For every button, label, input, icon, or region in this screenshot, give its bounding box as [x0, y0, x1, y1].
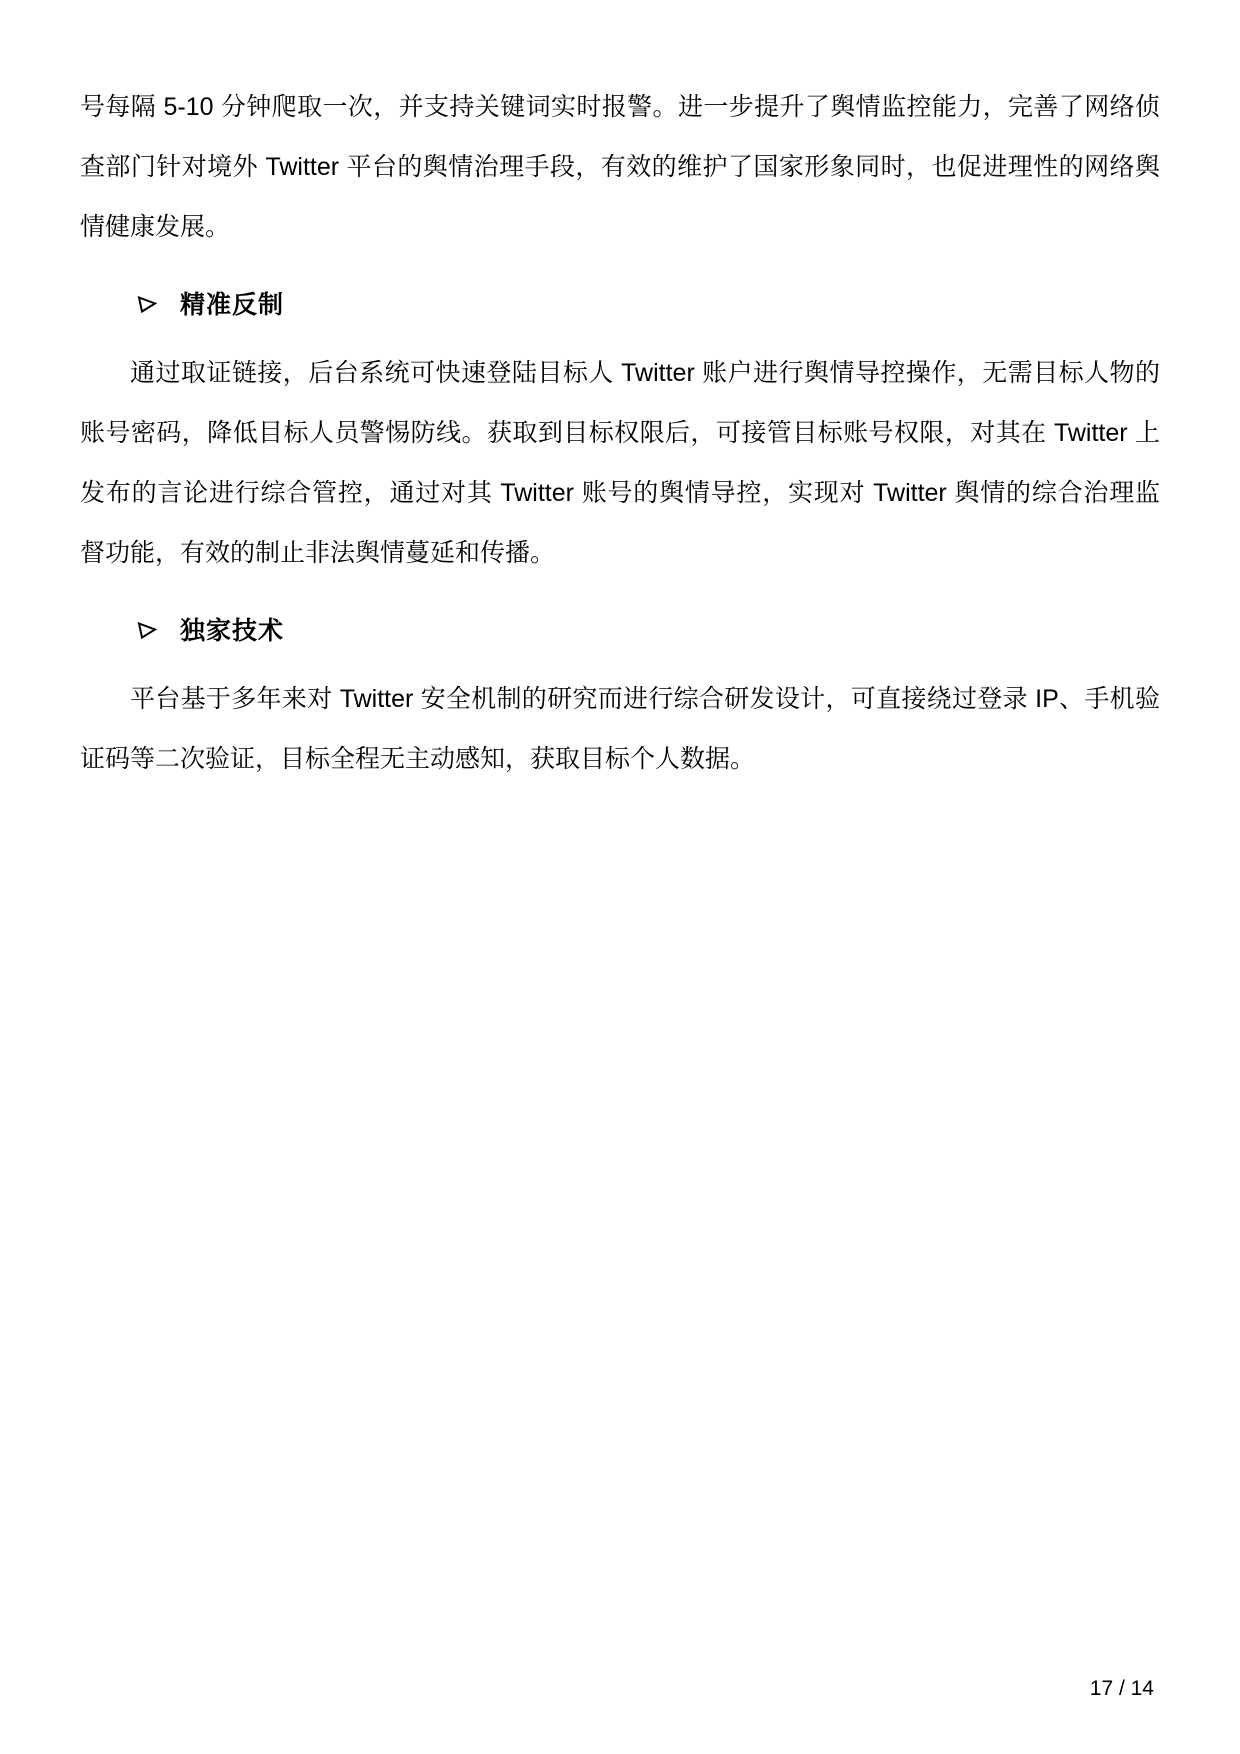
paragraph-line: 账号密码，降低目标人员警惕防线。获取到目标权限后，可接管目标账号权限，对其在 T…	[80, 403, 1160, 463]
section-heading-label: 精准反制	[180, 291, 284, 319]
paragraph: 平台基于多年来对 Twitter 安全机制的研究而进行综合研发设计，可直接绕过登…	[80, 669, 1160, 789]
paragraph-line: 证码等二次验证，目标全程无主动感知，获取目标个人数据。	[80, 729, 1160, 789]
paragraph: 通过取证链接，后台系统可快速登陆目标人 Twitter 账户进行舆情导控操作，无…	[80, 343, 1160, 583]
page-number: 17 / 14	[1090, 1676, 1154, 1702]
paragraph-line: 情健康发展。	[80, 197, 1160, 257]
paragraph: 号每隔 5-10 分钟爬取一次，并支持关键词实时报警。进一步提升了舆情监控能力，…	[80, 77, 1160, 257]
section-heading-label: 独家技术	[180, 617, 284, 645]
arrow-bullet-icon	[136, 275, 180, 335]
paragraph-line: 督功能，有效的制止非法舆情蔓延和传播。	[80, 523, 1160, 583]
arrow-bullet-icon	[136, 601, 180, 661]
paragraph-line: 发布的言论进行综合管控，通过对其 Twitter 账号的舆情导控，实现对 Twi…	[80, 463, 1160, 523]
document-page: 号每隔 5-10 分钟爬取一次，并支持关键词实时报警。进一步提升了舆情监控能力，…	[0, 0, 1240, 1754]
document-body: 号每隔 5-10 分钟爬取一次，并支持关键词实时报警。进一步提升了舆情监控能力，…	[80, 77, 1160, 789]
section-heading-dujia-jishu: 独家技术	[80, 601, 1160, 661]
paragraph-line: 号每隔 5-10 分钟爬取一次，并支持关键词实时报警。进一步提升了舆情监控能力，…	[80, 77, 1160, 137]
paragraph-line: 平台基于多年来对 Twitter 安全机制的研究而进行综合研发设计，可直接绕过登…	[80, 669, 1160, 729]
section-heading-jingzhun-fanzhi: 精准反制	[80, 275, 1160, 335]
paragraph-line: 通过取证链接，后台系统可快速登陆目标人 Twitter 账户进行舆情导控操作，无…	[80, 343, 1160, 403]
paragraph-line: 查部门针对境外 Twitter 平台的舆情治理手段，有效的维护了国家形象同时，也…	[80, 137, 1160, 197]
